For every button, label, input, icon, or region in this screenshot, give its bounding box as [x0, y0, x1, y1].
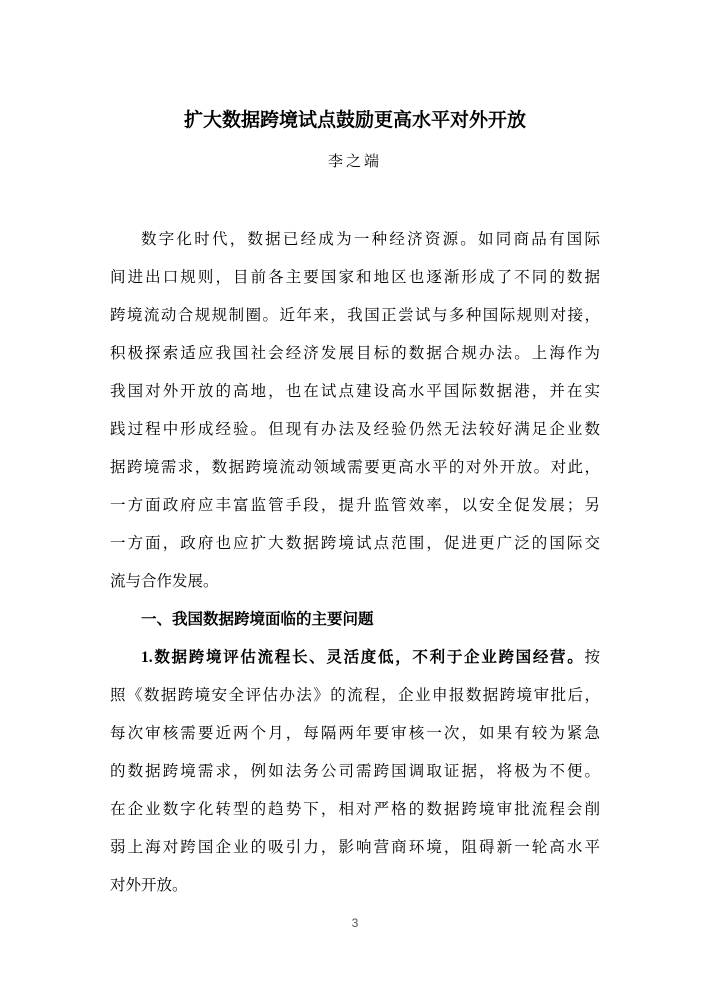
- page-number: 3: [0, 915, 710, 931]
- paragraph2-regular-tail: 按: [584, 649, 600, 666]
- paragraph1-line: 一方面，政府也应扩大数据跨境试点范围，促进更广泛的国际交: [110, 525, 600, 563]
- section-heading: 一、我国数据跨境面临的主要问题: [110, 601, 600, 639]
- doc-body: 数字化时代，数据已经成为一种经济资源。如同商品有国际 间进出口规则，目前各主要国…: [110, 221, 600, 905]
- paragraph1-line: 跨境流动合规规制圈。近年来，我国正尝试与多种国际规则对接，: [110, 297, 600, 335]
- paragraph2-bold-lead: 1.数据跨境评估流程长、灵活度低，不利于企业跨国经营。: [141, 649, 584, 666]
- paragraph2-line: 每次审核需要近两个月，每隔两年要审核一次，如果有较为紧急: [110, 715, 600, 753]
- document-page: 扩大数据跨境试点鼓励更高水平对外开放 李之端 数字化时代，数据已经成为一种经济资…: [0, 0, 710, 1003]
- paragraph2-line: 对外开放。: [110, 867, 600, 905]
- doc-title: 扩大数据跨境试点鼓励更高水平对外开放: [0, 0, 710, 136]
- paragraph1-line: 间进出口规则，目前各主要国家和地区也逐渐形成了不同的数据: [110, 259, 600, 297]
- paragraph1-line: 我国对外开放的高地，也在试点建设高水平国际数据港，并在实: [110, 373, 600, 411]
- paragraph2-line: 照《数据跨境安全评估办法》的流程，企业申报数据跨境审批后，: [110, 677, 600, 715]
- paragraph1-line: 积极探索适应我国社会经济发展目标的数据合规办法。上海作为: [110, 335, 600, 373]
- paragraph1-line: 流与合作发展。: [110, 563, 600, 601]
- paragraph1-line: 数字化时代，数据已经成为一种经济资源。如同商品有国际: [110, 221, 600, 259]
- paragraph2-line: 弱上海对跨国企业的吸引力，影响营商环境，阻碍新一轮高水平: [110, 829, 600, 867]
- paragraph1-line: 据跨境需求，数据跨境流动领域需要更高水平的对外开放。对此，: [110, 449, 600, 487]
- paragraph1-line: 一方面政府应丰富监管手段，提升监管效率，以安全促发展；另: [110, 487, 600, 525]
- paragraph2-line: 1.数据跨境评估流程长、灵活度低，不利于企业跨国经营。按: [110, 639, 600, 677]
- doc-author: 李之端: [0, 152, 710, 172]
- paragraph1-line: 践过程中形成经验。但现有办法及经验仍然无法较好满足企业数: [110, 411, 600, 449]
- paragraph2-line: 在企业数字化转型的趋势下，相对严格的数据跨境审批流程会削: [110, 791, 600, 829]
- paragraph2-line: 的数据跨境需求，例如法务公司需跨国调取证据，将极为不便。: [110, 753, 600, 791]
